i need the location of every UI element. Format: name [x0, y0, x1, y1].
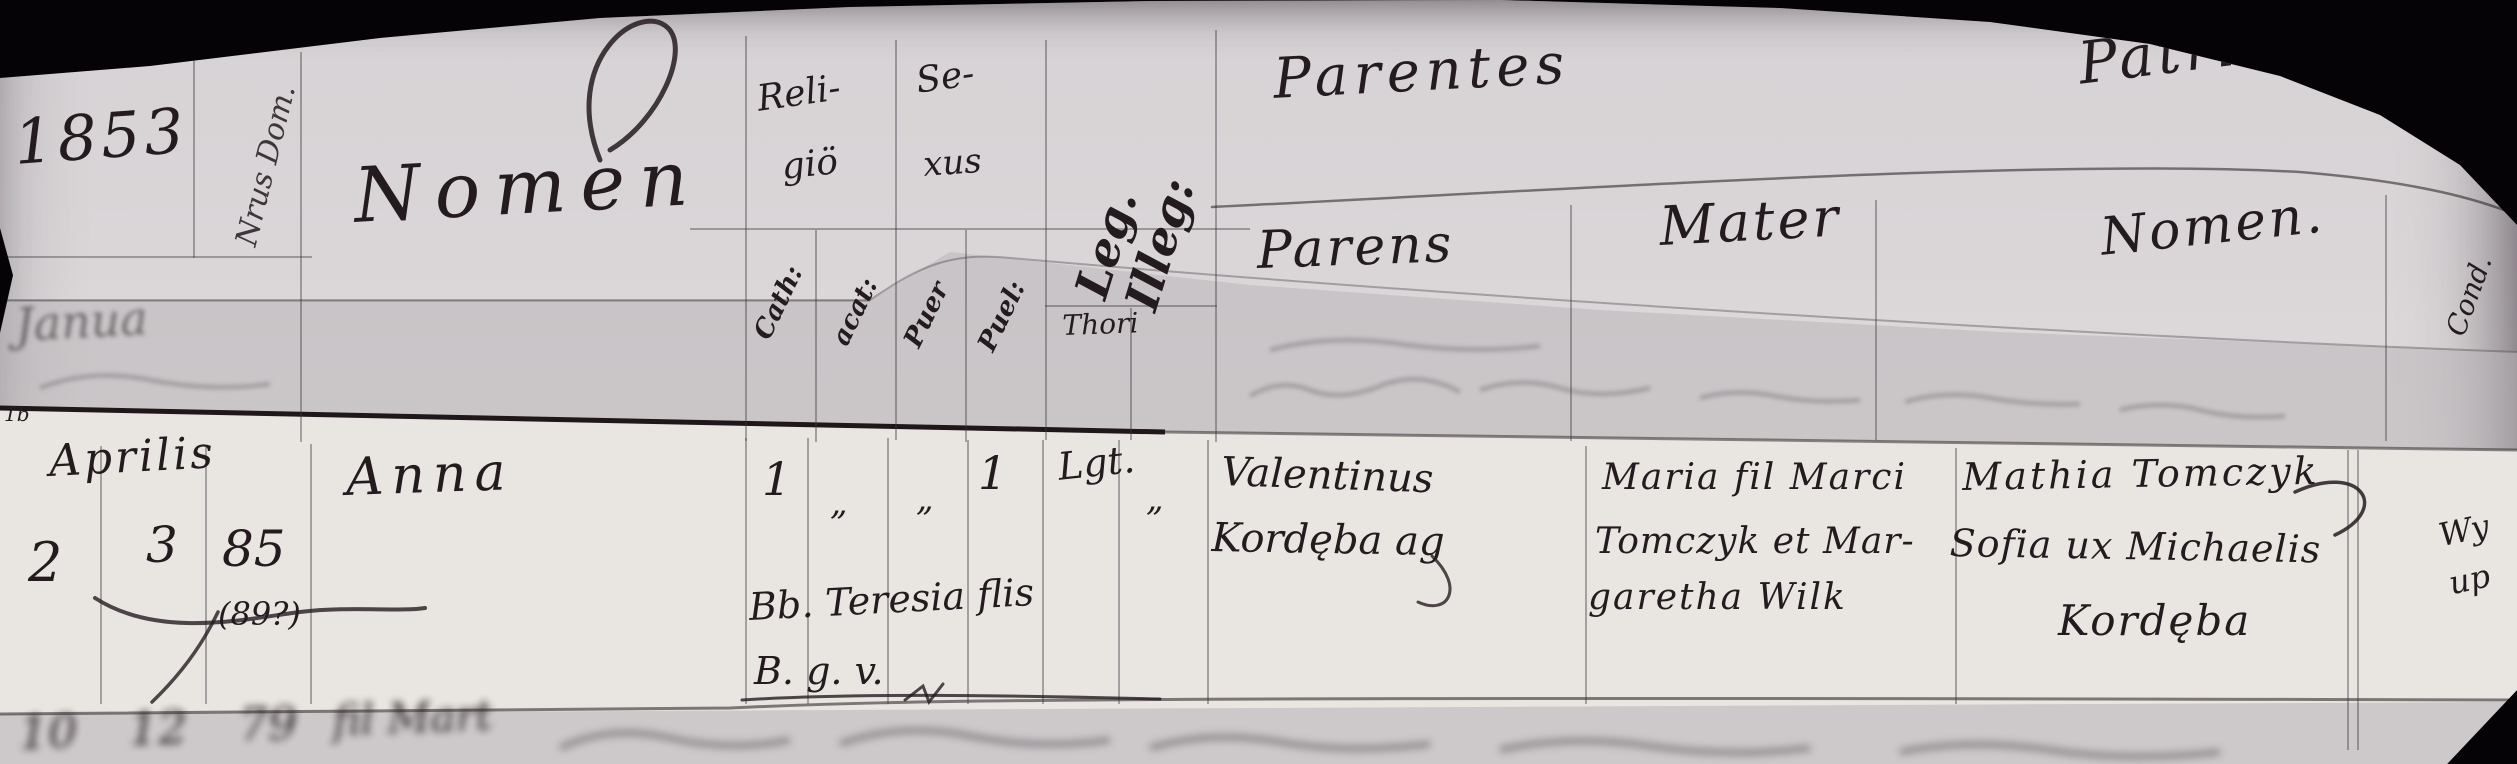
ink-flourishes: [0, 0, 2517, 764]
register-page: 1853 Nrus Dom. Nomen Reli- giö Se- xus C…: [0, 0, 2517, 764]
register-scan: 1853 Nrus Dom. Nomen Reli- giö Se- xus C…: [0, 0, 2517, 764]
